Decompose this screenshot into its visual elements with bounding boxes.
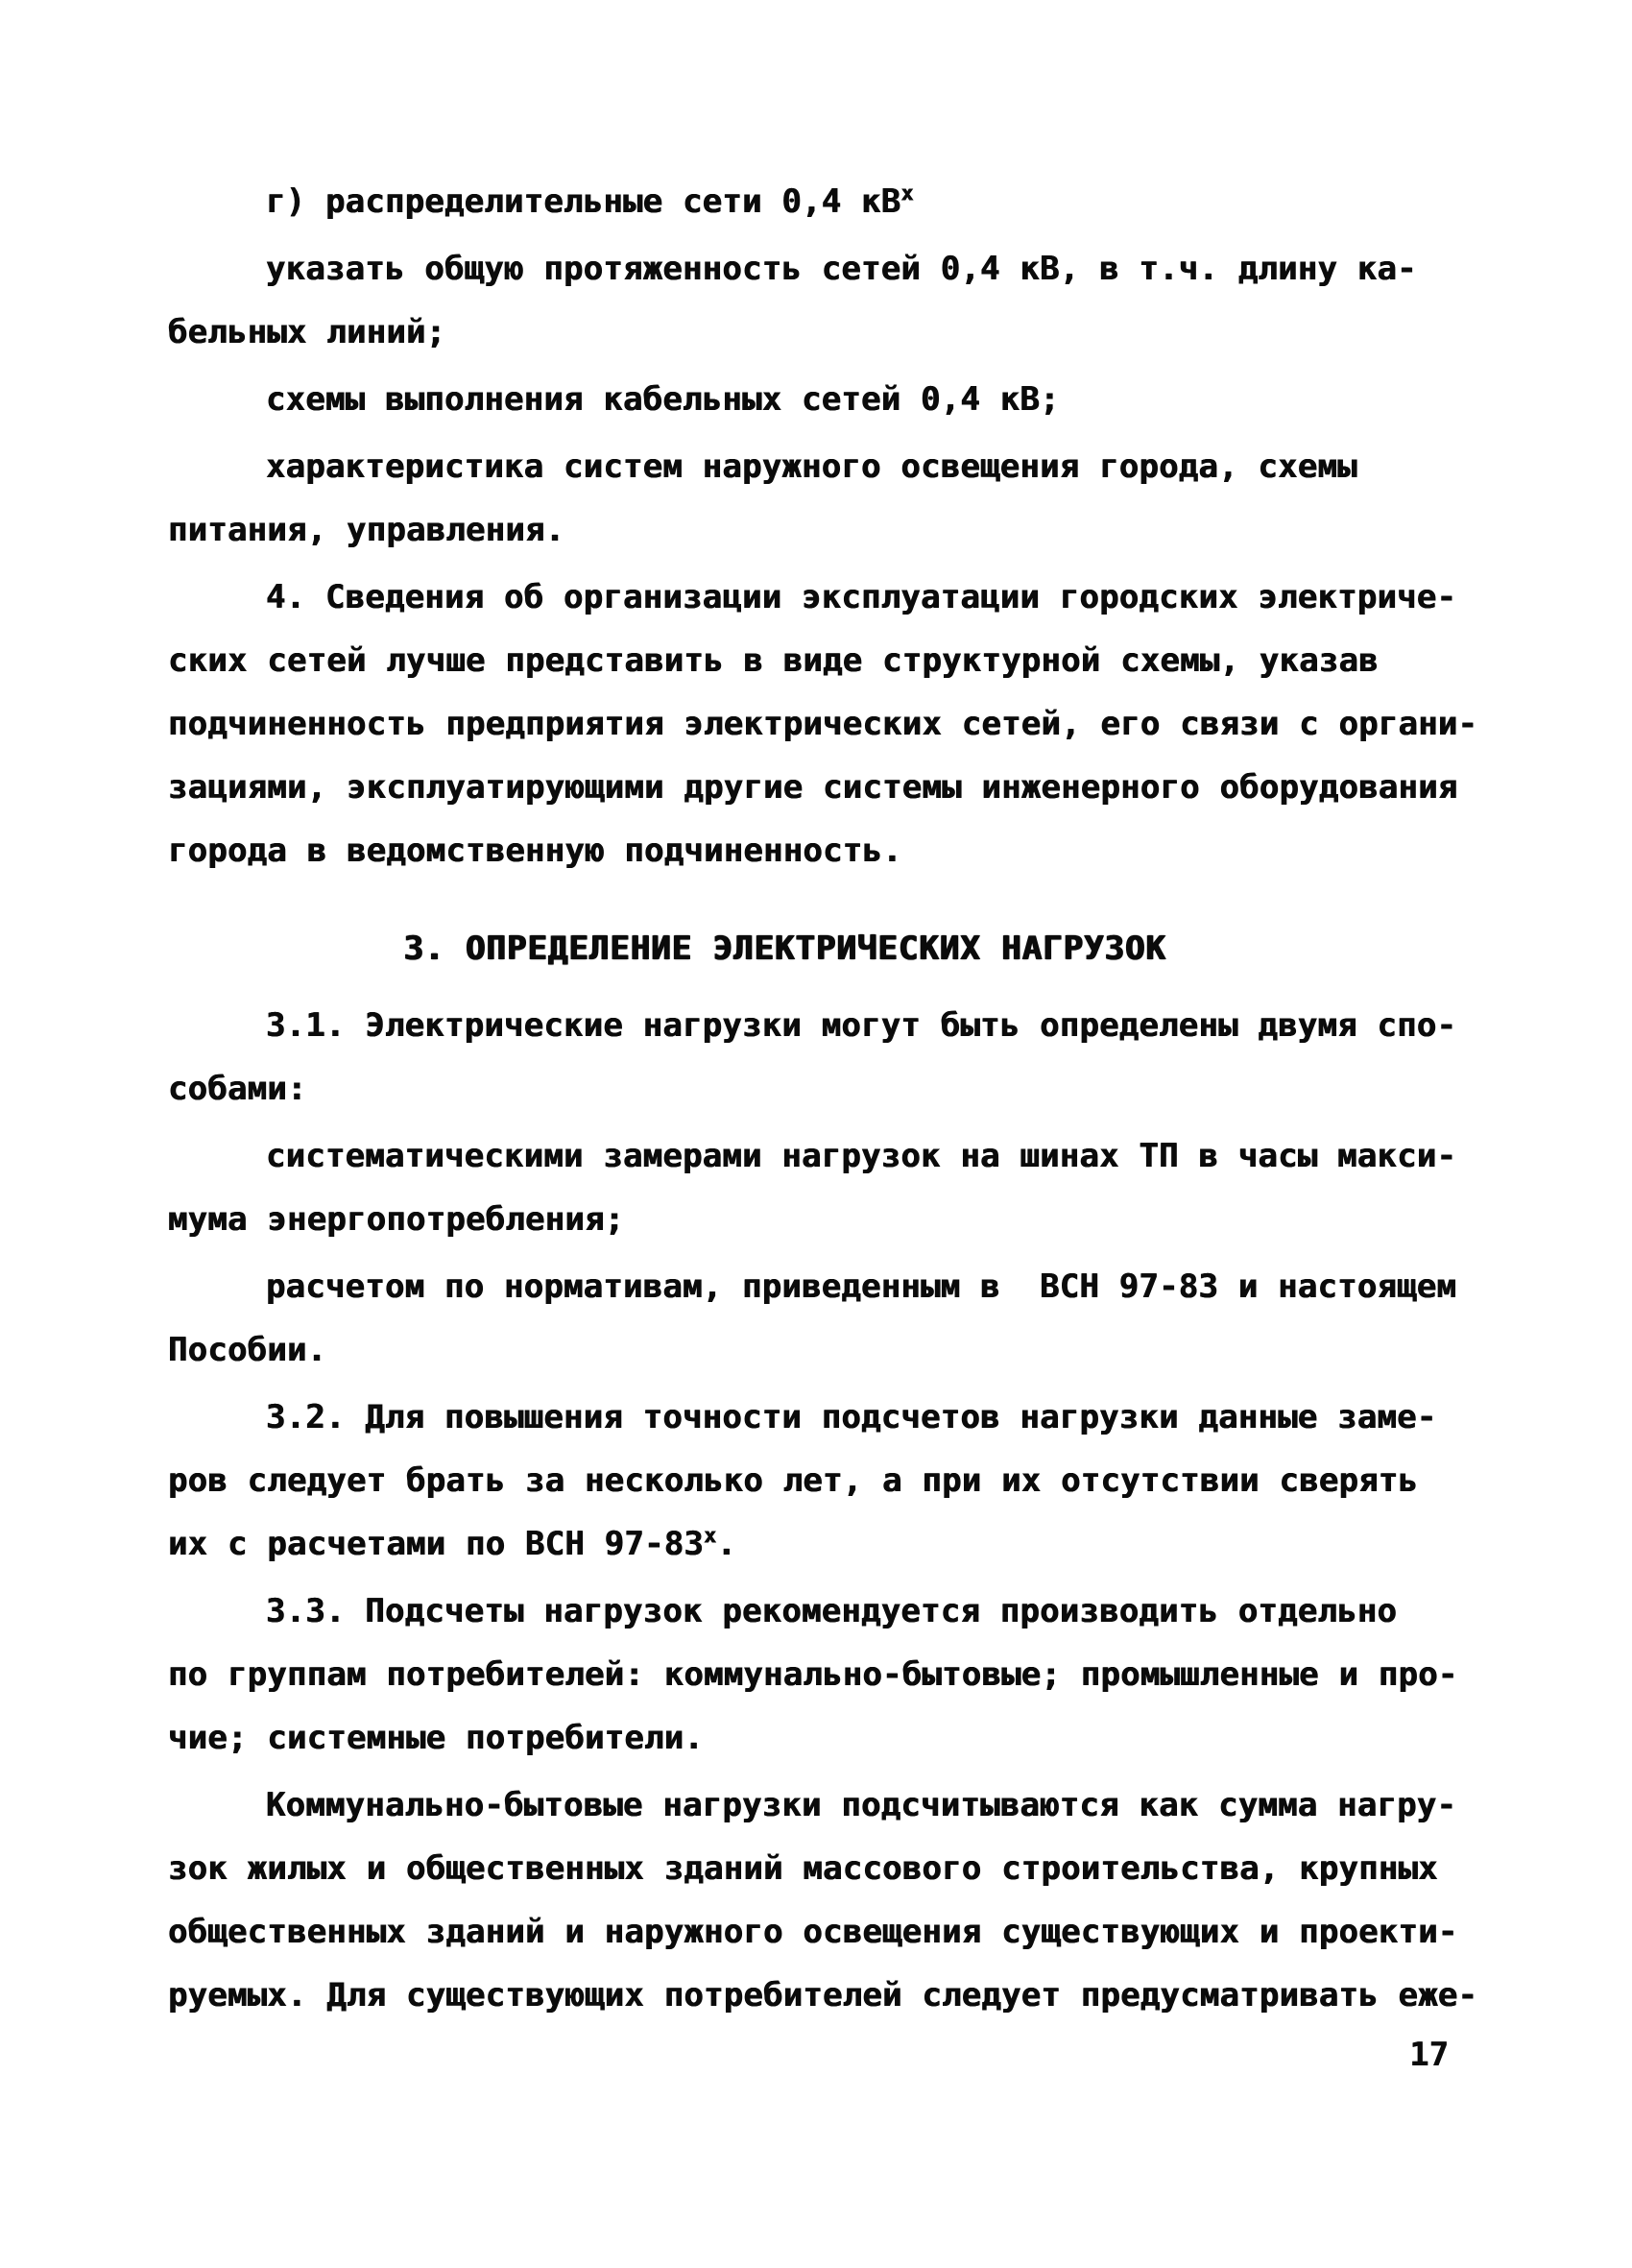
text-line: ров следует брать за несколько лет, а пр…: [168, 1449, 1483, 1512]
text-line: 4. Сведения об организации эксплуатации …: [168, 566, 1483, 629]
scanned-document-page: { "page": { "number": "17", "background_…: [0, 0, 1632, 2268]
text-segment: зациями, эксплуатирующими другие системы…: [168, 768, 1458, 807]
text-line: расчетом по нормативам, приведенным в ВС…: [168, 1255, 1483, 1318]
text-segment: чие; системные потребители.: [168, 1719, 704, 1757]
text-line: собами:: [168, 1057, 1483, 1121]
paragraph: расчетом по нормативам, приведенным в ВС…: [168, 1255, 1483, 1382]
text-segment: мума энергопотребления;: [168, 1200, 624, 1239]
text-segment: характеристика систем наружного освещени…: [266, 447, 1357, 486]
text-line: питания, управления.: [168, 498, 1483, 562]
text-segment: 3.2. Для повышения точности подсчетов на…: [266, 1398, 1437, 1436]
footnote-marker: х: [900, 182, 913, 206]
text-segment: города в ведомственную подчиненность.: [168, 832, 902, 870]
text-segment: бельных линий;: [168, 313, 445, 351]
text-line: 3.3. Подсчеты нагрузок рекомендуется про…: [168, 1580, 1483, 1643]
text-segment: зок жилых и общественных зданий массовог…: [168, 1849, 1438, 1888]
text-line: зок жилых и общественных зданий массовог…: [168, 1837, 1483, 1900]
text-line: по группам потребителей: коммунально-быт…: [168, 1643, 1483, 1706]
text-line: Коммунально-бытовые нагрузки подсчитываю…: [168, 1773, 1483, 1837]
page-number: 17: [1409, 2034, 1449, 2076]
text-line: подчиненность предприятия электрических …: [168, 692, 1483, 756]
text-line: Пособии.: [168, 1318, 1483, 1382]
section-heading: 3. ОПРЕДЕЛЕНИЕ ЭЛЕКТРИЧЕСКИХ НАГРУЗОК: [128, 917, 1443, 980]
text-segment: г) распределительные сети 0,4 кВ: [266, 182, 900, 221]
text-segment: .: [717, 1525, 737, 1563]
text-segment: расчетом по нормативам, приведенным в ВС…: [266, 1267, 1456, 1306]
text-segment: их с расчетами по ВСН 97-83: [168, 1525, 704, 1563]
paragraph: г) распределительные сети 0,4 кВх: [168, 170, 1483, 233]
text-line: зациями, эксплуатирующими другие системы…: [168, 756, 1483, 819]
text-line: г) распределительные сети 0,4 кВх: [168, 170, 1483, 233]
paragraph: 3.1. Электрические нагрузки могут быть о…: [168, 994, 1483, 1121]
text-segment: указать общую протяженность сетей 0,4 кВ…: [266, 250, 1417, 288]
text-segment: питания, управления.: [168, 511, 564, 549]
paragraph: 3.2. Для повышения точности подсчетов на…: [168, 1386, 1483, 1576]
text-line: руемых. Для существующих потребителей сл…: [168, 1964, 1483, 2027]
text-segment: 3.3. Подсчеты нагрузок рекомендуется про…: [266, 1592, 1397, 1630]
text-line: схемы выполнения кабельных сетей 0,4 кВ;: [168, 368, 1483, 431]
paragraph: схемы выполнения кабельных сетей 0,4 кВ;: [168, 368, 1483, 431]
paragraph: характеристика систем наружного освещени…: [168, 435, 1483, 562]
text-line: систематическими замерами нагрузок на ши…: [168, 1124, 1483, 1188]
paragraph: указать общую протяженность сетей 0,4 кВ…: [168, 237, 1483, 364]
text-segment: ров следует брать за несколько лет, а пр…: [168, 1461, 1418, 1500]
text-line: мума энергопотребления;: [168, 1188, 1483, 1251]
text-line: чие; системные потребители.: [168, 1706, 1483, 1770]
text-segment: общественных зданий и наружного освещени…: [168, 1913, 1458, 1951]
text-line: их с расчетами по ВСН 97-83х.: [168, 1512, 1483, 1576]
text-segment: 3.1. Электрические нагрузки могут быть о…: [266, 1006, 1456, 1045]
text-line: бельных линий;: [168, 301, 1483, 364]
text-line: 3.2. Для повышения точности подсчетов на…: [168, 1386, 1483, 1449]
text-segment: Коммунально-бытовые нагрузки подсчитываю…: [266, 1786, 1456, 1824]
paragraph: Коммунально-бытовые нагрузки подсчитываю…: [168, 1773, 1483, 2027]
text-segment: 4. Сведения об организации эксплуатации …: [266, 578, 1456, 616]
text-line: общественных зданий и наружного освещени…: [168, 1900, 1483, 1964]
text-line: указать общую протяженность сетей 0,4 кВ…: [168, 237, 1483, 301]
paragraph: систематическими замерами нагрузок на ши…: [168, 1124, 1483, 1251]
footnote-marker: х: [704, 1525, 716, 1549]
text-segment: руемых. Для существующих потребителей сл…: [168, 1976, 1477, 2015]
text-segment: собами:: [168, 1070, 307, 1108]
text-line: города в ведомственную подчиненность.: [168, 819, 1483, 882]
text-line: характеристика систем наружного освещени…: [168, 435, 1483, 498]
text-line: ских сетей лучше представить в виде стру…: [168, 629, 1483, 692]
text-segment: ских сетей лучше представить в виде стру…: [168, 641, 1379, 680]
paragraph: 3.3. Подсчеты нагрузок рекомендуется про…: [168, 1580, 1483, 1770]
paragraph: 4. Сведения об организации эксплуатации …: [168, 566, 1483, 882]
text-segment: по группам потребителей: коммунально-быт…: [168, 1655, 1458, 1694]
text-line: 3.1. Электрические нагрузки могут быть о…: [168, 994, 1483, 1057]
text-segment: Пособии.: [168, 1331, 326, 1369]
text-segment: систематическими замерами нагрузок на ши…: [266, 1137, 1456, 1175]
text-segment: подчиненность предприятия электрических …: [168, 705, 1477, 743]
document-body: г) распределительные сети 0,4 кВхуказать…: [168, 0, 1483, 2027]
text-segment: схемы выполнения кабельных сетей 0,4 кВ;: [266, 380, 1060, 419]
